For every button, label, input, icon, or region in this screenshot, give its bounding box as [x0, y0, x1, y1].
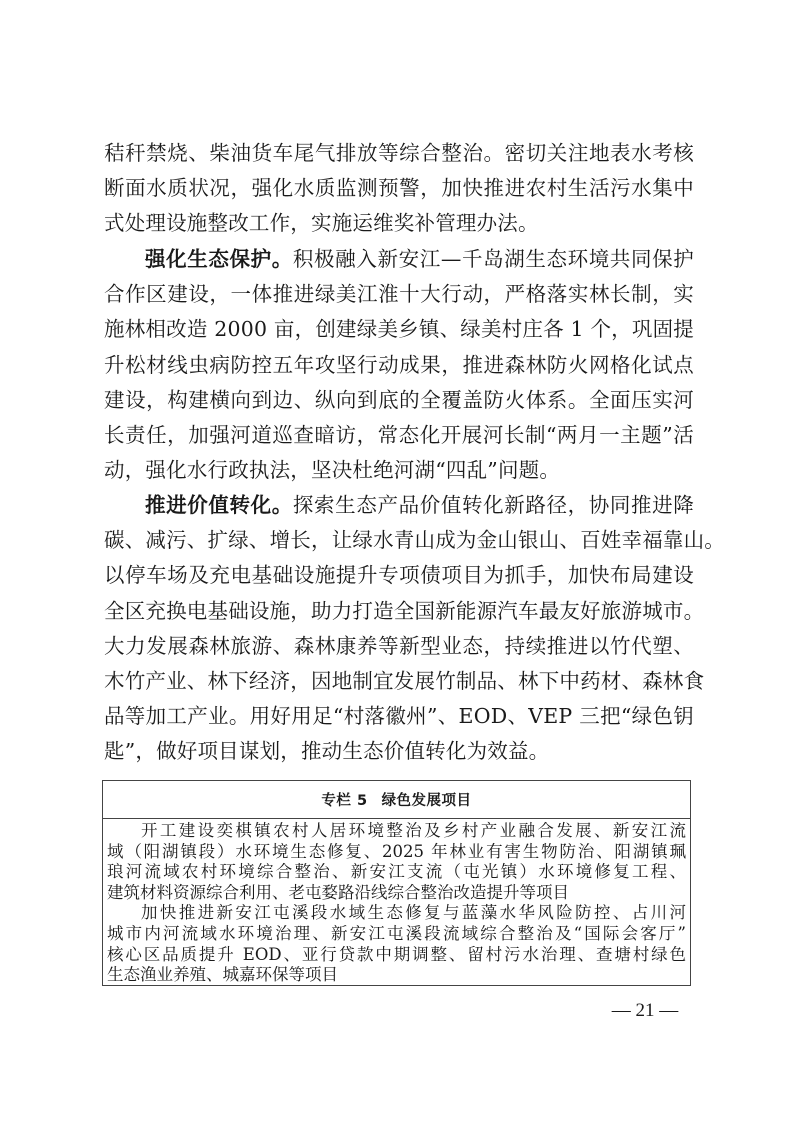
text-line: 式处理设施整改工作，实施运维奖补管理办法。 [104, 206, 694, 241]
text-line: 长责任，加强河道巡查暗访，常态化开展河长制“两月一主题”活 [104, 418, 694, 453]
text-line: 匙”，做好项目谋划，推动生态价值转化为效益。 [104, 734, 694, 769]
box-text-line: 城市内河流域水环境治理、新安江屯溪段流域综合整治及“国际会客厅” [107, 924, 686, 945]
page-number: — 21 — [600, 1000, 690, 1022]
text-line: 秸秆禁烧、柴油货车尾气排放等综合整治。密切关注地表水考核 [104, 136, 694, 171]
box-text-line: 生态渔业养殖、城嘉环保等项目 [107, 965, 686, 986]
column-box-header: 专栏 5 绿色发展项目 [103, 781, 690, 819]
box-text-line: 核心区品质提升 EOD、亚行贷款中期调整、留村污水治理、查塘村绿色 [107, 945, 686, 966]
text-segment: 探索生态产品价值转化新路径，协同推进降 [293, 493, 694, 517]
text-line: 品等加工产业。用好用足“村落徽州”、EOD、VEP 三把“绿色钥 [104, 699, 694, 734]
paragraph-ecological-protection: 强化生态保护。积极融入新安江—千岛湖生态环境共同保护 合作区建设，一体推进绿美江… [104, 242, 694, 488]
text-line: 以停车场及充电基础设施提升专项债项目为抓手，加快布局建设 [104, 558, 694, 593]
text-line: 升松材线虫病防控五年攻坚行动成果，推进森林防火网格化试点 [104, 348, 694, 383]
paragraph-value-transformation: 推进价值转化。探索生态产品价值转化新路径，协同推进降 碳、减污、扩绿、增长，让绿… [104, 488, 694, 770]
text-line: 全区充换电基础设施，助力打造全国新能源汽车最友好旅游城市。 [104, 594, 694, 629]
text-line: 施林相改造 2000 亩，创建绿美乡镇、绿美村庄各 1 个，巩固提 [104, 312, 694, 347]
text-segment: 积极融入新安江—千岛湖生态环境共同保护 [293, 247, 694, 271]
text-line: 断面水质状况，强化水质监测预警，加快推进农村生活污水集中 [104, 171, 694, 206]
box-text-line: 开工建设奕棋镇农村人居环境整治及乡村产业融合发展、新安江流 [107, 821, 686, 842]
text-line: 动，强化水行政执法，坚决杜绝河湖“四乱”问题。 [104, 453, 694, 488]
column-box-title: 绿色发展项目 [382, 789, 472, 810]
paragraph-lead-heading: 推进价值转化。 [145, 493, 293, 517]
text-line-first: 强化生态保护。积极融入新安江—千岛湖生态环境共同保护 [104, 242, 694, 277]
box-text-line: 建筑材料资源综合利用、老屯婺路沿线综合整治改造提升等项目 [107, 883, 686, 904]
column-box-number: 专栏 5 [321, 789, 367, 810]
column-box-body: 开工建设奕棋镇农村人居环境整治及乡村产业融合发展、新安江流 域（阳湖镇段）水环境… [103, 819, 690, 986]
paragraph-pollution-control: 秸秆禁烧、柴油货车尾气排放等综合整治。密切关注地表水考核 断面水质状况，强化水质… [104, 136, 694, 242]
paragraph-lead-heading: 强化生态保护。 [145, 247, 293, 271]
text-line: 建设，构建横向到边、纵向到底的全覆盖防火体系。全面压实河 [104, 383, 694, 418]
box-text-line: 域（阳湖镇段）水环境生态修复、2025 年林业有害生物防治、阳湖镇珮 [107, 842, 686, 863]
text-line: 大力发展森林旅游、森林康养等新型业态，持续推进以竹代塑、 [104, 629, 694, 664]
text-line: 合作区建设，一体推进绿美江淮十大行动，严格落实林长制，实 [104, 277, 694, 312]
text-line: 木竹产业、林下经济，因地制宜发展竹制品、林下中药材、森林食 [104, 664, 694, 699]
box-text-line: 加快推进新安江屯溪段水域生态修复与蓝藻水华风险防控、占川河 [107, 903, 686, 924]
text-line: 碳、减污、扩绿、增长，让绿水青山成为金山银山、百姓幸福靠山。 [104, 523, 694, 558]
box-text-line: 琅河流域农村环境综合整治、新安江支流（屯光镇）水环境修复工程、 [107, 862, 686, 883]
column-box-green-development: 专栏 5 绿色发展项目 开工建设奕棋镇农村人居环境整治及乡村产业融合发展、新安江… [102, 780, 691, 986]
text-line-first: 推进价值转化。探索生态产品价值转化新路径，协同推进降 [104, 488, 694, 523]
